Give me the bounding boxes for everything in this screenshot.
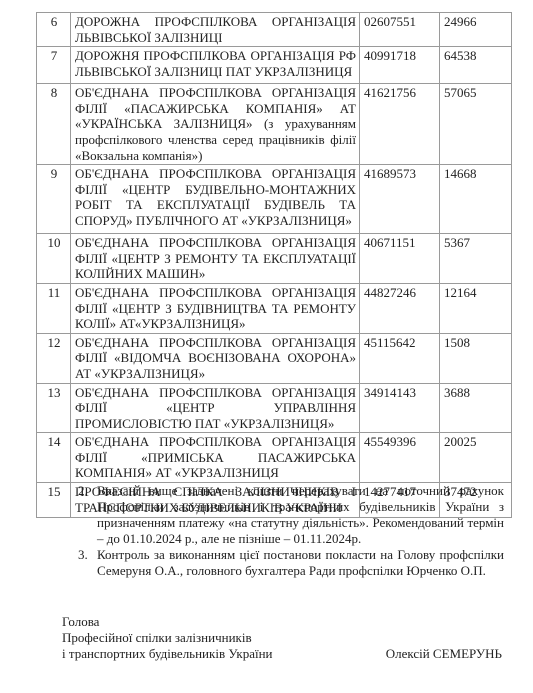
organization-name: ОБ'ЄДНАНА ПРОФСПІЛКОВА ОРГАНІЗАЦІЯ ФІЛІЇ… <box>71 84 360 165</box>
point-number: 2. <box>78 483 88 499</box>
row-number: 10 <box>37 234 71 284</box>
row-number: 14 <box>37 433 71 483</box>
amount: 14668 <box>440 165 512 234</box>
organization-name: ОБ'ЄДНАНА ПРОФСПІЛКОВА ОРГАНІЗАЦІЯ ФІЛІЇ… <box>71 383 360 433</box>
edrpou-code: 40671151 <box>360 234 440 284</box>
signature-title-line-2: Професійної спілки залізничників <box>62 630 502 646</box>
amount: 5367 <box>440 234 512 284</box>
table-row: 8ОБ'ЄДНАНА ПРОФСПІЛКОВА ОРГАНІЗАЦІЯ ФІЛІ… <box>37 84 512 165</box>
edrpou-code: 45115642 <box>360 333 440 383</box>
organization-name: ОБ'ЄДНАНА ПРОФСПІЛКОВА ОРГАНІЗАЦІЯ ФІЛІЇ… <box>71 333 360 383</box>
amount: 20025 <box>440 433 512 483</box>
document-page: 6ДОРОЖНА ПРОФСПІЛКОВА ОРГАНІЗАЦІЯ ЛЬВІВС… <box>0 0 533 693</box>
row-number: 12 <box>37 333 71 383</box>
organization-name: ОБ'ЄДНАНА ПРОФСПІЛКОВА ОРГАНІЗАЦІЯ ФІЛІЇ… <box>71 283 360 333</box>
point-text: Вказані вище зазначені кошти перерахуват… <box>97 483 504 546</box>
organization-name: ОБ'ЄДНАНА ПРОФСПІЛКОВА ОРГАНІЗАЦІЯ ФІЛІЇ… <box>71 234 360 284</box>
table-row: 11ОБ'ЄДНАНА ПРОФСПІЛКОВА ОРГАНІЗАЦІЯ ФІЛ… <box>37 283 512 333</box>
edrpou-code: 02607551 <box>360 13 440 47</box>
row-number: 7 <box>37 47 71 84</box>
table-row: 12ОБ'ЄДНАНА ПРОФСПІЛКОВА ОРГАНІЗАЦІЯ ФІЛ… <box>37 333 512 383</box>
resolution-points: 2. Вказані вище зазначені кошти перераху… <box>78 483 504 579</box>
signature-block: Голова Професійної спілки залізничників … <box>62 614 502 662</box>
table-row: 6ДОРОЖНА ПРОФСПІЛКОВА ОРГАНІЗАЦІЯ ЛЬВІВС… <box>37 13 512 47</box>
organization-name: ОБ'ЄДНАНА ПРОФСПІЛКОВА ОРГАНІЗАЦІЯ ФІЛІЇ… <box>71 165 360 234</box>
amount: 1508 <box>440 333 512 383</box>
table-row: 10ОБ'ЄДНАНА ПРОФСПІЛКОВА ОРГАНІЗАЦІЯ ФІЛ… <box>37 234 512 284</box>
edrpou-code: 41689573 <box>360 165 440 234</box>
edrpou-code: 44827246 <box>360 283 440 333</box>
table-row: 9ОБ'ЄДНАНА ПРОФСПІЛКОВА ОРГАНІЗАЦІЯ ФІЛІ… <box>37 165 512 234</box>
organization-name: ДОРОЖНА ПРОФСПІЛКОВА ОРГАНІЗАЦІЯ ЛЬВІВСЬ… <box>71 13 360 47</box>
amount: 12164 <box>440 283 512 333</box>
amount: 24966 <box>440 13 512 47</box>
organizations-table: 6ДОРОЖНА ПРОФСПІЛКОВА ОРГАНІЗАЦІЯ ЛЬВІВС… <box>36 12 512 518</box>
edrpou-code: 40991718 <box>360 47 440 84</box>
row-number: 6 <box>37 13 71 47</box>
resolution-point: 3. Контроль за виконанням цієї постанови… <box>78 547 504 579</box>
row-number: 13 <box>37 383 71 433</box>
row-number: 15 <box>37 483 71 518</box>
organization-name: ДОРОЖНЯ ПРОФСПІЛКОВА ОРГАНІЗАЦІЯ РФ ЛЬВІ… <box>71 47 360 84</box>
signatory-name: Олексій СЕМЕРУНЬ <box>386 646 502 662</box>
edrpou-code: 34914143 <box>360 383 440 433</box>
edrpou-code: 41621756 <box>360 84 440 165</box>
amount: 57065 <box>440 84 512 165</box>
point-number: 3. <box>78 547 88 563</box>
organization-name: ОБ'ЄДНАНА ПРОФСПІЛКОВА ОРГАНІЗАЦІЯ ФІЛІЇ… <box>71 433 360 483</box>
edrpou-code: 45549396 <box>360 433 440 483</box>
row-number: 11 <box>37 283 71 333</box>
resolution-point: 2. Вказані вище зазначені кошти перераху… <box>78 483 504 547</box>
row-number: 9 <box>37 165 71 234</box>
table-body: 6ДОРОЖНА ПРОФСПІЛКОВА ОРГАНІЗАЦІЯ ЛЬВІВС… <box>37 13 512 518</box>
amount: 64538 <box>440 47 512 84</box>
table-row: 7ДОРОЖНЯ ПРОФСПІЛКОВА ОРГАНІЗАЦІЯ РФ ЛЬВ… <box>37 47 512 84</box>
table-row: 14ОБ'ЄДНАНА ПРОФСПІЛКОВА ОРГАНІЗАЦІЯ ФІЛ… <box>37 433 512 483</box>
signature-title-line-1: Голова <box>62 614 502 630</box>
point-text: Контроль за виконанням цієї постанови по… <box>97 547 504 578</box>
row-number: 8 <box>37 84 71 165</box>
amount: 3688 <box>440 383 512 433</box>
table-row: 13ОБ'ЄДНАНА ПРОФСПІЛКОВА ОРГАНІЗАЦІЯ ФІЛ… <box>37 383 512 433</box>
